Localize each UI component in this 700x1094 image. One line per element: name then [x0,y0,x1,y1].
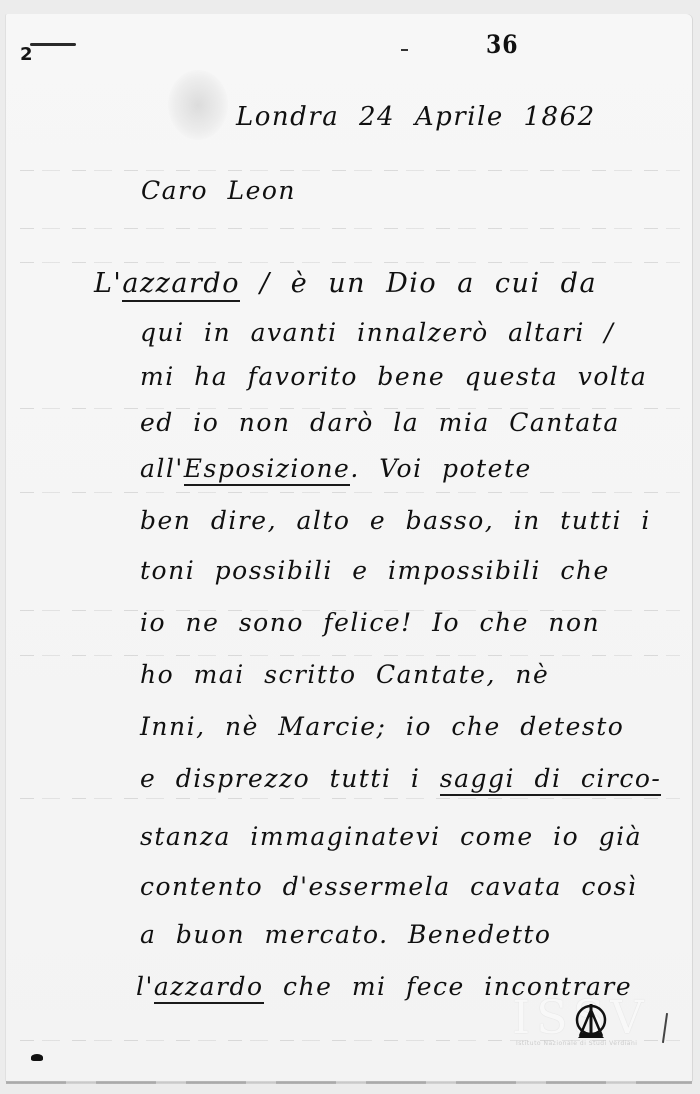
letter-line-13: contento d'essermela cavata così [140,872,637,901]
salutation: Caro Leon [141,176,296,205]
ink-smudge [168,70,228,140]
text-segment: L' [94,268,122,299]
margin-page-number: 2 [20,44,33,65]
date-line: Londra 24 Aprile 1862 [236,102,596,132]
letter-line-2: qui in avanti innalzerò altari / [140,318,614,347]
text-segment: e disprezzo tutti i [140,764,440,793]
underlined-word: azzardo [122,268,240,302]
bleed-through-line [20,798,680,799]
bleed-through-line [20,655,680,656]
letter-line-7: toni possibili e impossibili che [140,556,610,585]
letter-line-11: e disprezzo tutti i saggi di circo- [140,764,661,793]
watermark-subtitle: Istituto Nazionale di Studi Verdiani [516,1040,666,1047]
letter-line-6: ben dire, alto e basso, in tutti i [140,506,651,535]
underlined-word: azzardo [154,972,264,1004]
archive-watermark: ISSV Istituto Nazionale di Studi Verdian… [512,990,662,1050]
folio-number: 36 [486,30,518,59]
letter-line-1: L'azzardo / è un Dio a cui da [94,268,597,299]
text-segment: / è un Dio a cui da [240,268,597,299]
bleed-through-line [20,262,680,263]
bleed-through-line [20,492,680,493]
underlined-word: Esposizione [184,454,351,486]
text-segment: l' [136,972,154,1001]
letter-line-4: ed io non darò la mia Cantata [140,408,620,437]
letter-line-10: Inni, nè Marcie; io che detesto [140,712,624,741]
letter-line-14: a buon mercato. Benedetto [140,920,551,949]
bleed-through-line [20,170,680,171]
margin-dash [30,43,76,46]
letter-line-9: ho mai scritto Cantate, nè [140,660,549,689]
ink-blot [31,1054,43,1061]
emblem-icon [570,1000,612,1042]
letter-line-5: all'Esposizione. Voi potete [140,454,532,483]
letter-line-12: stanza immaginatevi come io già [140,822,642,851]
letter-line-3: mi ha favorito bene questa volta [140,362,647,391]
text-segment: . Voi potete [350,454,531,483]
folio-dash [401,49,408,51]
text-segment: all' [140,454,184,483]
scanned-page: 2 36 Londra 24 Aprile 1862 Caro Leon L'a… [0,0,700,1094]
underlined-word: saggi di circo- [440,764,662,796]
letter-line-8: io ne sono felice! Io che non [140,608,600,637]
bleed-through-line [20,228,680,229]
